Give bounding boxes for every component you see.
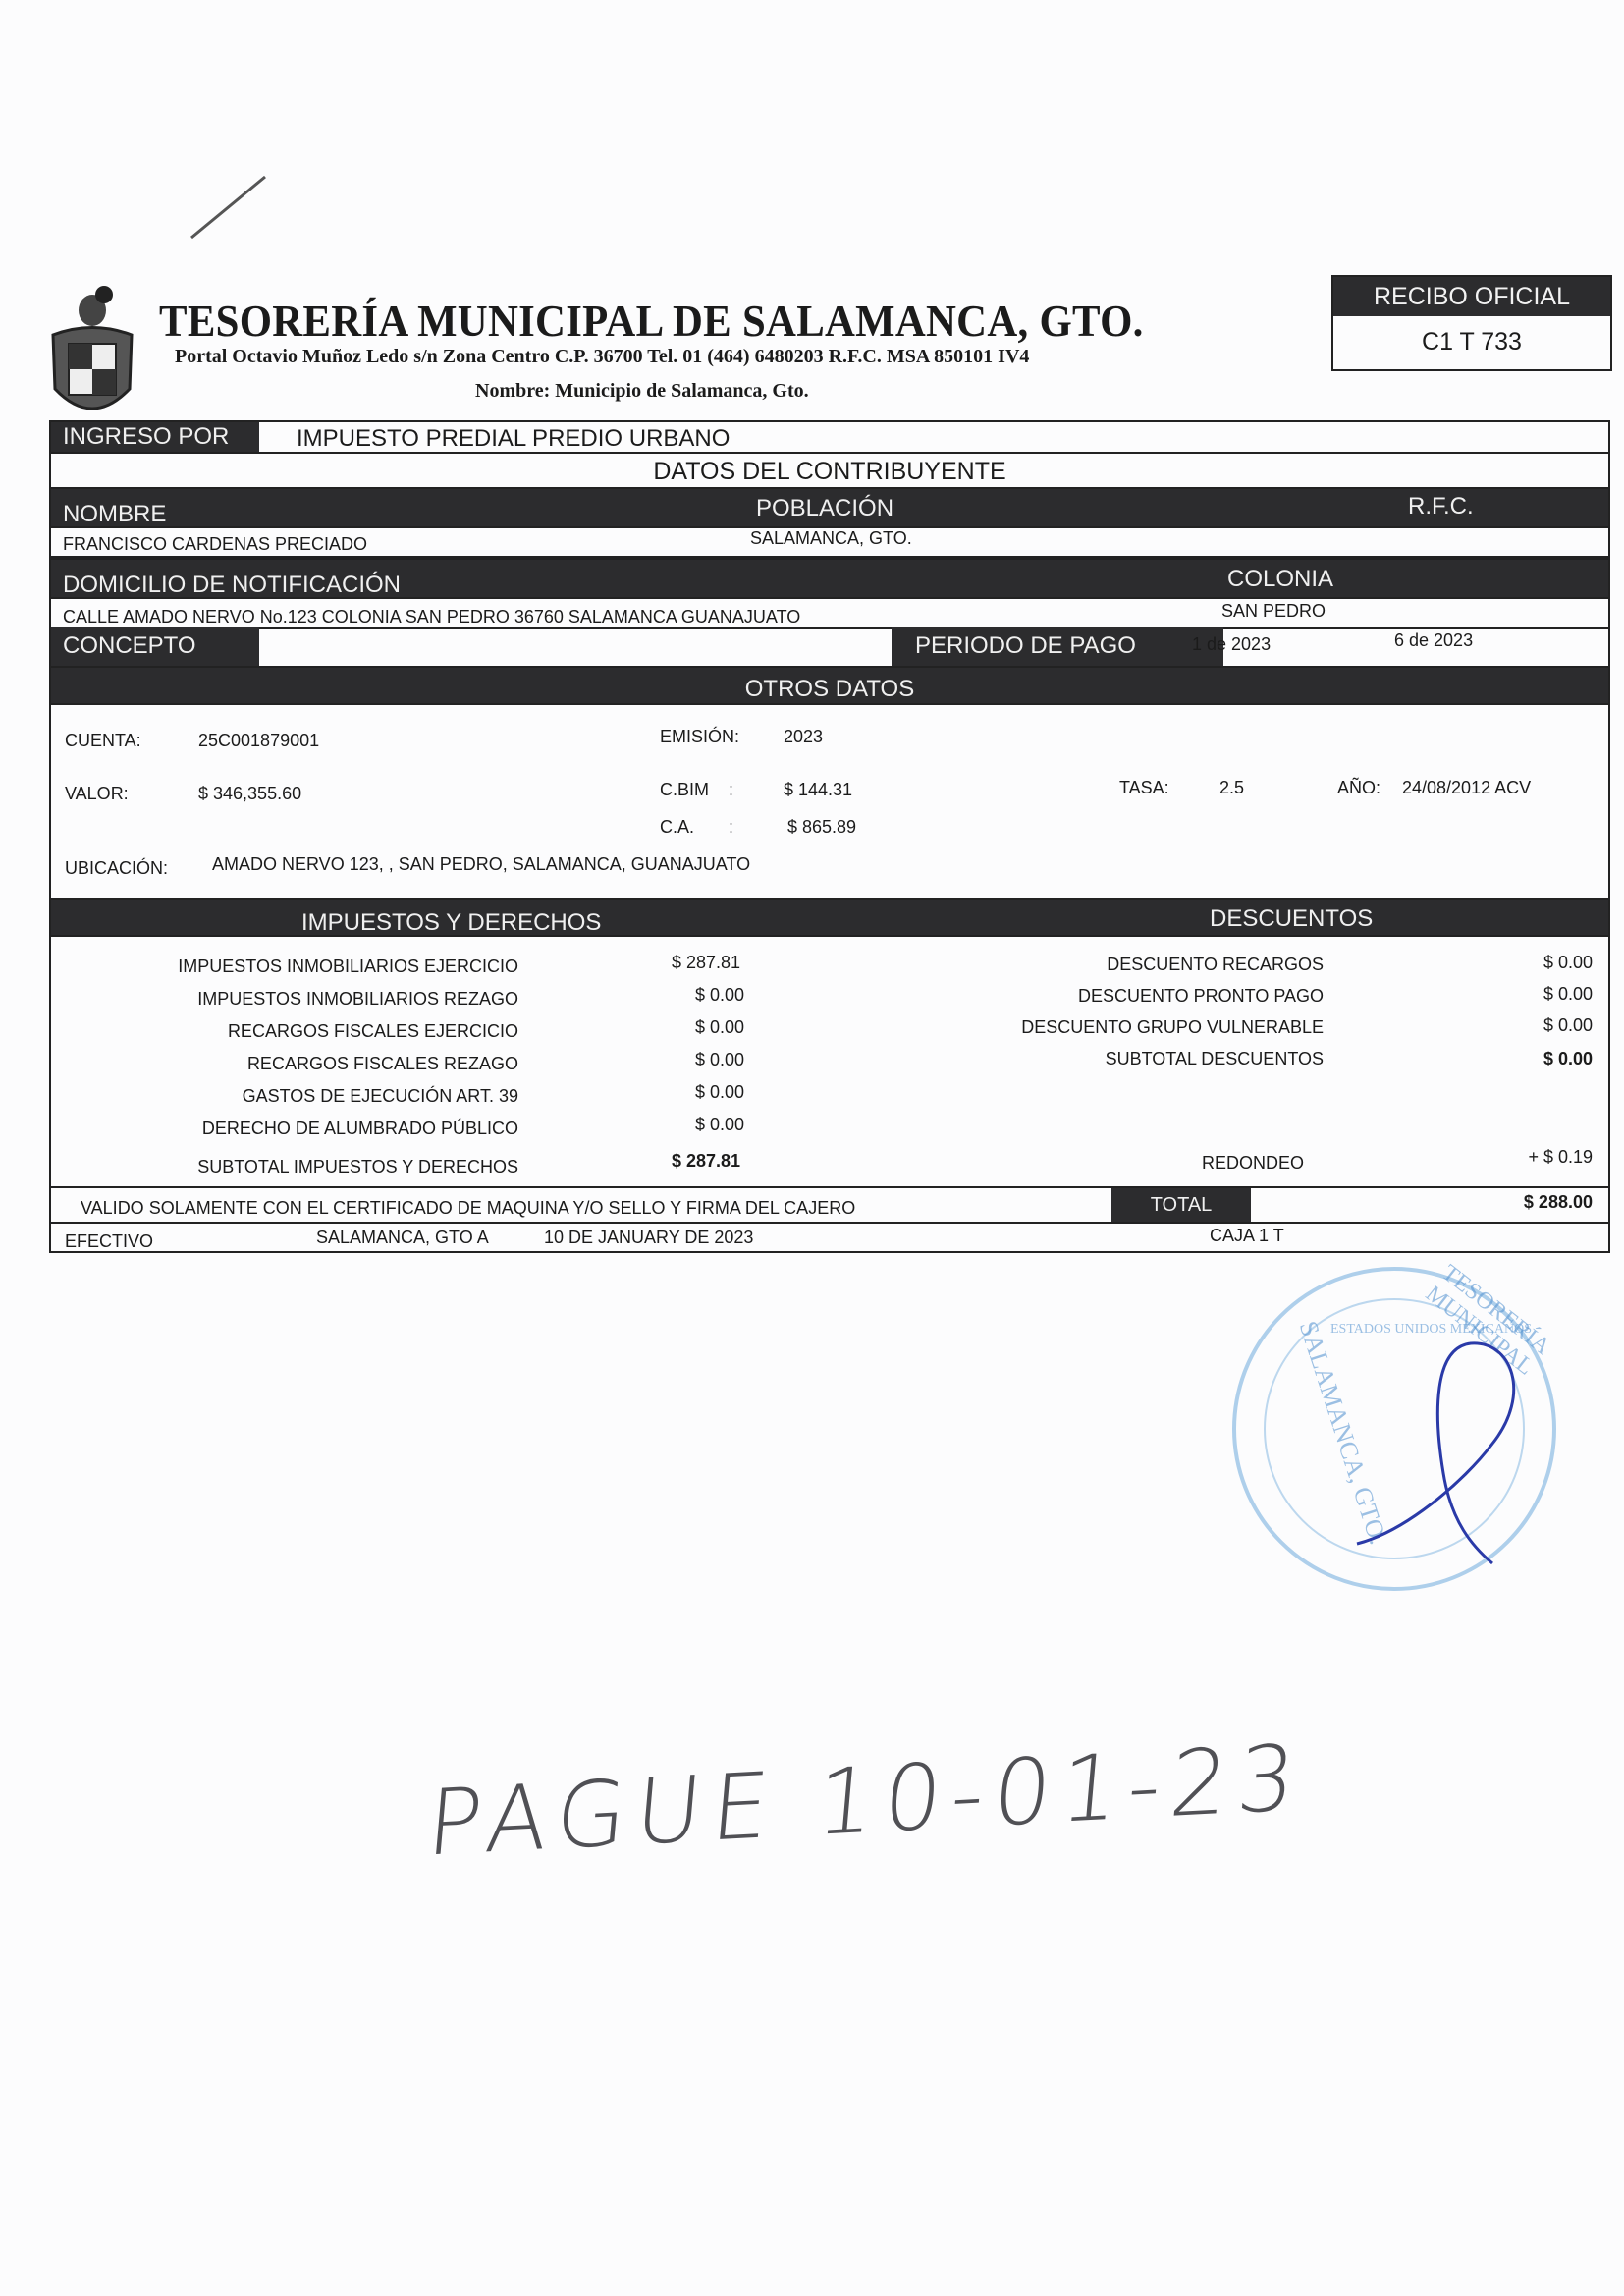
periodo-hasta: 6 de 2023 [1394, 630, 1473, 651]
ingreso-value: IMPUESTO PREDIAL PREDIO URBANO [297, 425, 730, 453]
page-title: TESORERÍA MUNICIPAL DE SALAMANCA, GTO. [159, 295, 1144, 347]
impuesto-label: DERECHO DE ALUMBRADO PÚBLICO [202, 1119, 518, 1139]
receipt-folio: C1 T 733 [1333, 316, 1610, 367]
colonia-label: COLONIA [1227, 566, 1333, 593]
ingreso-label: INGRESO POR [51, 422, 259, 452]
cbim-value: $ 144.31 [784, 780, 852, 800]
pago-row: EFECTIVO SALAMANCA, GTO A 10 DE JANUARY … [49, 1222, 1610, 1253]
domicilio-label: DOMICILIO DE NOTIFICACIÓN [63, 572, 401, 599]
otros-body: CUENTA: 25C001879001 EMISIÓN: 2023 VALOR… [49, 703, 1610, 900]
impuesto-amount: $ 0.00 [695, 1017, 744, 1038]
nombre-value-row: FRANCISCO CARDENAS PRECIADO SALAMANCA, G… [49, 526, 1610, 558]
fecha-pago: 10 DE JANUARY DE 2023 [544, 1228, 753, 1248]
emision-value: 2023 [784, 727, 823, 747]
redondeo-amount: + $ 0.19 [1528, 1147, 1593, 1168]
municipality-name: Nombre: Municipio de Salamanca, Gto. [475, 380, 809, 403]
impuesto-label: IMPUESTOS INMOBILIARIOS REZAGO [197, 989, 518, 1010]
ubicacion-label: UBICACIÓN: [65, 858, 168, 879]
impuesto-label: RECARGOS FISCALES EJERCICIO [228, 1021, 518, 1042]
handwritten-note: PAGUE 10-01-23 [423, 1724, 1310, 1876]
anio-value: 24/08/2012 ACV [1402, 778, 1531, 798]
impuesto-amount: $ 0.00 [695, 1082, 744, 1103]
coat-of-arms-icon [45, 281, 139, 428]
contribuyente-title-row: DATOS DEL CONTRIBUYENTE [49, 452, 1610, 489]
cbim-label: C.BIM [660, 780, 709, 800]
total-label: TOTAL [1111, 1188, 1251, 1222]
descuentos-subtotal-amount: $ 0.00 [1543, 1049, 1593, 1069]
otros-section-title: OTROS DATOS [51, 676, 1608, 703]
impuestos-subtotal-amount: $ 287.81 [672, 1151, 740, 1172]
lugar: SALAMANCA, GTO A [316, 1228, 489, 1248]
impuesto-label: GASTOS DE EJECUCIÓN ART. 39 [243, 1086, 518, 1107]
forma-pago: EFECTIVO [65, 1231, 153, 1252]
domicilio-value: CALLE AMADO NERVO No.123 COLONIA SAN PED… [63, 607, 800, 628]
descuento-amount: $ 0.00 [1543, 953, 1593, 973]
descuento-label: DESCUENTO GRUPO VULNERABLE [1021, 1017, 1324, 1038]
descuento-amount: $ 0.00 [1543, 984, 1593, 1005]
nombre-label: NOMBRE [63, 501, 166, 528]
descuentos-subtotal-label: SUBTOTAL DESCUENTOS [1106, 1049, 1324, 1069]
pen-mark [177, 167, 275, 246]
colonia-value: SAN PEDRO [1221, 601, 1326, 622]
impuestos-descuentos-header: IMPUESTOS Y DERECHOS DESCUENTOS [49, 898, 1610, 937]
anio-label: AÑO: [1337, 778, 1380, 798]
ca-label: C.A. [660, 817, 694, 838]
redondeo-label: REDONDEO [1202, 1153, 1304, 1174]
poblacion-value: SALAMANCA, GTO. [750, 528, 912, 549]
impuesto-amount: $ 0.00 [695, 1115, 744, 1135]
tasa-label: TASA: [1119, 778, 1169, 798]
signature [1345, 1336, 1542, 1571]
descuento-label: DESCUENTO PRONTO PAGO [1078, 986, 1324, 1007]
valor-label: VALOR: [65, 784, 129, 804]
tasa-value: 2.5 [1219, 778, 1244, 798]
domicilio-header-row: DOMICILIO DE NOTIFICACIÓN COLONIA [49, 558, 1610, 599]
impuestos-section-title: IMPUESTOS Y DERECHOS [301, 909, 601, 937]
caja: CAJA 1 T [1210, 1226, 1284, 1246]
impuestos-descuentos-body: IMPUESTOS INMOBILIARIOS EJERCICIO$ 287.8… [49, 935, 1610, 1188]
cuenta-label: CUENTA: [65, 731, 141, 751]
domicilio-value-row: CALLE AMADO NERVO No.123 COLONIA SAN PED… [49, 597, 1610, 629]
impuesto-amount: $ 0.00 [695, 1050, 744, 1070]
emision-label: EMISIÓN: [660, 727, 739, 747]
validez-row: VALIDO SOLAMENTE CON EL CERTIFICADO DE M… [49, 1186, 1610, 1224]
cuenta-value: 25C001879001 [198, 731, 319, 751]
total-amount: $ 288.00 [1524, 1192, 1593, 1213]
descuento-amount: $ 0.00 [1543, 1015, 1593, 1036]
ubicacion-value: AMADO NERVO 123, , SAN PEDRO, SALAMANCA,… [212, 854, 750, 875]
valor-value: $ 346,355.60 [198, 784, 301, 804]
impuesto-amount: $ 0.00 [695, 985, 744, 1006]
ca-colon: : [729, 817, 733, 838]
rfc-label: R.F.C. [1408, 493, 1474, 520]
contribuyente-section-title: DATOS DEL CONTRIBUYENTE [51, 458, 1608, 486]
impuesto-label: IMPUESTOS INMOBILIARIOS EJERCICIO [178, 957, 518, 977]
descuentos-section-title: DESCUENTOS [1210, 905, 1373, 933]
cbim-colon: : [729, 780, 733, 800]
treasury-address: Portal Octavio Muñoz Ledo s/n Zona Centr… [175, 346, 1029, 368]
descuento-label: DESCUENTO RECARGOS [1107, 955, 1324, 975]
nombre-value: FRANCISCO CARDENAS PRECIADO [63, 534, 367, 555]
receipt-box: RECIBO OFICIAL C1 T 733 [1331, 275, 1612, 371]
poblacion-label: POBLACIÓN [756, 495, 893, 522]
periodo-desde: 1 de 2023 [1192, 634, 1271, 655]
impuesto-label: RECARGOS FISCALES REZAGO [247, 1054, 518, 1074]
nombre-header-row: NOMBRE POBLACIÓN R.F.C. [49, 487, 1610, 528]
receipt-label: RECIBO OFICIAL [1333, 277, 1610, 316]
concepto-label: CONCEPTO [51, 627, 259, 666]
impuesto-amount: $ 287.81 [672, 953, 740, 973]
validez-note: VALIDO SOLAMENTE CON EL CERTIFICADO DE M… [81, 1198, 855, 1219]
periodo-label: PERIODO DE PAGO [892, 627, 1223, 666]
concepto-row: CONCEPTO PERIODO DE PAGO 1 de 2023 6 de … [49, 627, 1610, 668]
ingreso-row: INGRESO POR IMPUESTO PREDIAL PREDIO URBA… [49, 420, 1610, 454]
otros-title-row: OTROS DATOS [49, 666, 1610, 705]
ca-value: $ 865.89 [787, 817, 856, 838]
impuestos-subtotal-label: SUBTOTAL IMPUESTOS Y DERECHOS [197, 1157, 518, 1177]
